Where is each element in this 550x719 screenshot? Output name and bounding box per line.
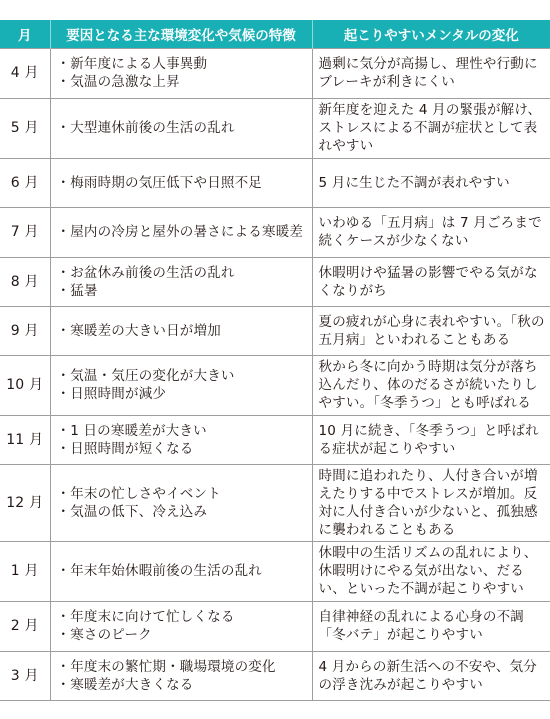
table-row: 11 月 ・1 日の寒暖差が大きい ・日照時間が短くなる 10 月に続き、「冬季… — [0, 415, 550, 464]
header-factors: 要因となる主な環境変化や気候の特徴 — [50, 20, 312, 48]
month-cell: 4 月 — [0, 48, 50, 98]
factor-item: ・猛暑 — [57, 282, 306, 300]
header-mental-changes: 起こりやすいメンタルの変化 — [312, 20, 550, 48]
mental-change-cell: いわゆる「五月病」は 7 月ごろまで続くケースが少なくない — [312, 207, 550, 257]
factor-cell: ・1 日の寒暖差が大きい ・日照時間が短くなる — [50, 415, 312, 464]
month-cell: 8 月 — [0, 257, 50, 306]
table-row: 3 月 ・年度末の繁忙期・職場環境の変化 ・寒暖差が大きくなる 4 月からの新生… — [0, 651, 550, 700]
mental-change-cell: 夏の疲れが心身に表れやすい。「秋の五月病」といわれることもある — [312, 306, 550, 355]
mental-change-cell: 5 月に生じた不調が表れやすい — [312, 158, 550, 207]
month-cell: 2 月 — [0, 601, 50, 651]
table-row: 9 月 ・寒暖差の大きい日が増加 夏の疲れが心身に表れやすい。「秋の五月病」とい… — [0, 306, 550, 355]
factor-cell: ・年末の忙しさやイベント ・気温の低下、冷え込み — [50, 464, 312, 541]
monthly-mental-health-table: 月 要因となる主な環境変化や気候の特徴 起こりやすいメンタルの変化 4 月 ・新… — [0, 20, 550, 701]
factor-cell: ・新年度による人事異動 ・気温の急激な上昇 — [50, 48, 312, 98]
table-row: 1 月 ・年末年始休暇前後の生活の乱れ 休暇中の生活リズムの乱れにより、休暇明け… — [0, 541, 550, 601]
mental-change-cell: 過剰に気分が高揚し、理性や行動にブレーキが利きにくい — [312, 48, 550, 98]
table-row: 8 月 ・お盆休み前後の生活の乱れ ・猛暑 休暇明けや猛暑の影響でやる気がなくな… — [0, 257, 550, 306]
factor-item: ・日照時間が減少 — [57, 385, 306, 403]
month-cell: 6 月 — [0, 158, 50, 207]
factor-item: ・気温・気圧の変化が大きい — [57, 367, 306, 385]
factor-item: ・寒さのピーク — [57, 626, 306, 644]
factor-item: ・寒暖差の大きい日が増加 — [57, 322, 306, 340]
table-row: 2 月 ・年度末に向けて忙しくなる ・寒さのピーク 自律神経の乱れによる心身の不… — [0, 601, 550, 651]
factor-item: ・年度末の繁忙期・職場環境の変化 — [57, 658, 306, 676]
factor-item: ・年末の忙しさやイベント — [57, 485, 306, 503]
factor-item: ・気温の低下、冷え込み — [57, 503, 306, 521]
factor-cell: ・お盆休み前後の生活の乱れ ・猛暑 — [50, 257, 312, 306]
month-cell: 1 月 — [0, 541, 50, 601]
mental-change-cell: 秋から冬に向かう時期は気分が落ち込んだり、体のだるさが続いたりしやすい。「冬季う… — [312, 355, 550, 415]
month-cell: 7 月 — [0, 207, 50, 257]
mental-change-cell: 10 月に続き、「冬季うつ」と呼ばれる症状が起こりやすい — [312, 415, 550, 464]
table-row: 12 月 ・年末の忙しさやイベント ・気温の低下、冷え込み 時間に追われたり、人… — [0, 464, 550, 541]
month-cell: 11 月 — [0, 415, 50, 464]
month-cell: 9 月 — [0, 306, 50, 355]
factor-item: ・気温の急激な上昇 — [57, 73, 306, 91]
factor-cell: ・梅雨時期の気圧低下や日照不足 — [50, 158, 312, 207]
factor-item: ・年末年始休暇前後の生活の乱れ — [57, 562, 306, 580]
factor-item: ・梅雨時期の気圧低下や日照不足 — [57, 174, 306, 192]
factor-cell: ・年度末に向けて忙しくなる ・寒さのピーク — [50, 601, 312, 651]
factor-cell: ・大型連休前後の生活の乱れ — [50, 98, 312, 158]
header-month: 月 — [0, 20, 50, 48]
month-cell: 10 月 — [0, 355, 50, 415]
factor-item: ・お盆休み前後の生活の乱れ — [57, 264, 306, 282]
factor-cell: ・屋内の冷房と屋外の暑さによる寒暖差 — [50, 207, 312, 257]
factor-item: ・大型連休前後の生活の乱れ — [57, 119, 306, 137]
factor-item: ・年度末に向けて忙しくなる — [57, 608, 306, 626]
mental-change-cell: 4 月からの新生活への不安や、気分の浮き沈みが起こりやすい — [312, 651, 550, 700]
mental-change-cell: 自律神経の乱れによる心身の不調「冬バテ」が起こりやすい — [312, 601, 550, 651]
mental-change-cell: 休暇明けや猛暑の影響でやる気がなくなりがち — [312, 257, 550, 306]
factor-item: ・日照時間が短くなる — [57, 440, 306, 458]
month-cell: 5 月 — [0, 98, 50, 158]
table-row: 7 月 ・屋内の冷房と屋外の暑さによる寒暖差 いわゆる「五月病」は 7 月ごろま… — [0, 207, 550, 257]
factor-cell: ・年度末の繁忙期・職場環境の変化 ・寒暖差が大きくなる — [50, 651, 312, 700]
mental-change-cell: 新年度を迎えた 4 月の緊張が解け、ストレスによる不調が症状として表れやすい — [312, 98, 550, 158]
mental-change-cell: 時間に追われたり、人付き合いが増えたりする中でストレスが増加。反対に人付き合いが… — [312, 464, 550, 541]
factor-cell: ・気温・気圧の変化が大きい ・日照時間が減少 — [50, 355, 312, 415]
factor-cell: ・寒暖差の大きい日が増加 — [50, 306, 312, 355]
month-cell: 12 月 — [0, 464, 50, 541]
table-row: 6 月 ・梅雨時期の気圧低下や日照不足 5 月に生じた不調が表れやすい — [0, 158, 550, 207]
table-row: 5 月 ・大型連休前後の生活の乱れ 新年度を迎えた 4 月の緊張が解け、ストレス… — [0, 98, 550, 158]
table-header-row: 月 要因となる主な環境変化や気候の特徴 起こりやすいメンタルの変化 — [0, 20, 550, 48]
factor-item: ・屋内の冷房と屋外の暑さによる寒暖差 — [57, 223, 306, 241]
factor-item: ・1 日の寒暖差が大きい — [57, 422, 306, 440]
table-row: 4 月 ・新年度による人事異動 ・気温の急激な上昇 過剰に気分が高揚し、理性や行… — [0, 48, 550, 98]
table-row: 10 月 ・気温・気圧の変化が大きい ・日照時間が減少 秋から冬に向かう時期は気… — [0, 355, 550, 415]
mental-change-cell: 休暇中の生活リズムの乱れにより、休暇明けにやる気が出ない、だるい、といった不調が… — [312, 541, 550, 601]
factor-cell: ・年末年始休暇前後の生活の乱れ — [50, 541, 312, 601]
factor-item: ・寒暖差が大きくなる — [57, 676, 306, 694]
month-cell: 3 月 — [0, 651, 50, 700]
factor-item: ・新年度による人事異動 — [57, 55, 306, 73]
